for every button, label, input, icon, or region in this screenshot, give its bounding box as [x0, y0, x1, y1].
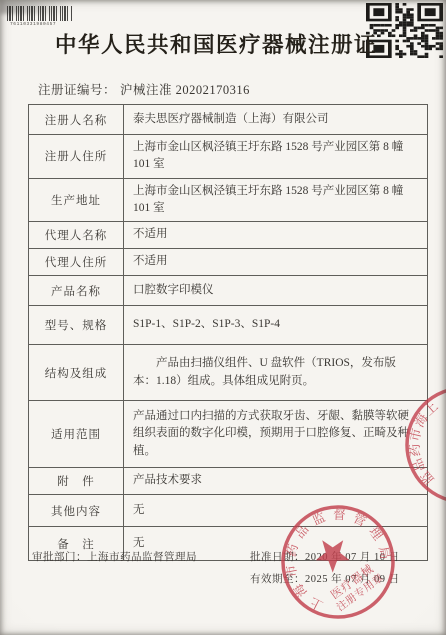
row-label: 注册人名称	[29, 105, 124, 134]
row-label: 代理人名称	[29, 222, 124, 248]
table-row: 附 件产品技术要求	[29, 467, 427, 494]
table-row: 结构及组成产品由扫描仪组件、U 盘软件（TRIOS，发布版本：1.18）组成。具…	[29, 344, 427, 400]
cert-number-value: 沪械注准 20202170316	[120, 83, 250, 97]
certificate-page: 76110331980457 中华人民共和国医疗器械注册证 注册证编号：沪械注准…	[0, 0, 446, 635]
barcode-lines	[7, 6, 73, 21]
approval-date-line: 批准日期：2020 年 07 月 10 日	[250, 549, 400, 564]
row-value: 无	[124, 495, 427, 526]
dates-block: 批准日期：2020 年 07 月 10 日 有效期至：2025 年 07 月 0…	[250, 549, 400, 593]
row-value: 不适用	[124, 222, 427, 248]
row-value: 口腔数字印模仪	[124, 276, 427, 305]
row-value: 产品由扫描仪组件、U 盘软件（TRIOS，发布版本：1.18）组成。具体组成见附…	[124, 345, 427, 400]
table-row: 产品名称口腔数字印模仪	[29, 275, 427, 305]
approval-date-label: 批准日期：	[250, 552, 305, 563]
table-row: 注册人名称泰夫思医疗器械制造（上海）有限公司	[29, 105, 427, 134]
row-value: 泰夫思医疗器械制造（上海）有限公司	[124, 105, 427, 134]
row-value: 产品通过口内扫描的方式获取牙齿、牙龈、黏膜等软硬组织表面的数字化印模，预期用于口…	[124, 401, 427, 467]
row-value: 上海市金山区枫泾镇王圩东路 1528 号产业园区第 8 幢 101 室	[124, 179, 427, 222]
table-row: 注册人住所上海市金山区枫泾镇王圩东路 1528 号产业园区第 8 幢 101 室	[29, 134, 427, 178]
row-label: 生产地址	[29, 179, 124, 222]
table-row: 其他内容无	[29, 494, 427, 526]
certificate-table: 注册人名称泰夫思医疗器械制造（上海）有限公司注册人住所上海市金山区枫泾镇王圩东路…	[28, 104, 428, 561]
row-label: 附 件	[29, 468, 124, 494]
row-label: 产品名称	[29, 276, 124, 305]
cert-number-line: 注册证编号：沪械注准 20202170316	[38, 80, 250, 98]
row-label: 结构及组成	[29, 345, 124, 400]
approval-department-line: 审批部门：上海市药品监督管理局	[32, 549, 197, 564]
table-row: 代理人名称不适用	[29, 221, 427, 248]
row-value: 产品技术要求	[124, 468, 427, 494]
approval-department-label: 审批部门：	[32, 552, 87, 563]
row-label: 注册人住所	[29, 135, 124, 178]
barcode-number: 76110331980457	[7, 22, 77, 27]
cert-number-label: 注册证编号：	[38, 83, 116, 97]
row-label: 代理人住所	[29, 249, 124, 275]
table-row: 生产地址上海市金山区枫泾镇王圩东路 1528 号产业园区第 8 幢 101 室	[29, 178, 427, 222]
approval-date-value: 2020 年 07 月 10 日	[305, 552, 400, 563]
valid-until-value: 2025 年 07 月 09 日	[305, 574, 400, 585]
row-label: 其他内容	[29, 495, 124, 526]
row-value: 不适用	[124, 249, 427, 275]
row-label: 型号、规格	[29, 306, 124, 344]
table-row: 型号、规格S1P-1、S1P-2、S1P-3、S1P-4	[29, 305, 427, 344]
valid-until-line: 有效期至：2025 年 07 月 09 日	[250, 571, 400, 586]
table-row: 适用范围产品通过口内扫描的方式获取牙齿、牙龈、黏膜等软硬组织表面的数字化印模，预…	[29, 400, 427, 467]
valid-until-label: 有效期至：	[250, 574, 305, 585]
barcode: 76110331980457	[7, 6, 77, 27]
approval-department-value: 上海市药品监督管理局	[87, 552, 197, 563]
row-value: S1P-1、S1P-2、S1P-3、S1P-4	[124, 306, 427, 344]
row-label: 适用范围	[29, 401, 124, 467]
certificate-title: 中华人民共和国医疗器械注册证	[0, 28, 432, 59]
row-value: 上海市金山区枫泾镇王圩东路 1528 号产业园区第 8 幢 101 室	[124, 135, 427, 178]
table-row: 代理人住所不适用	[29, 248, 427, 275]
